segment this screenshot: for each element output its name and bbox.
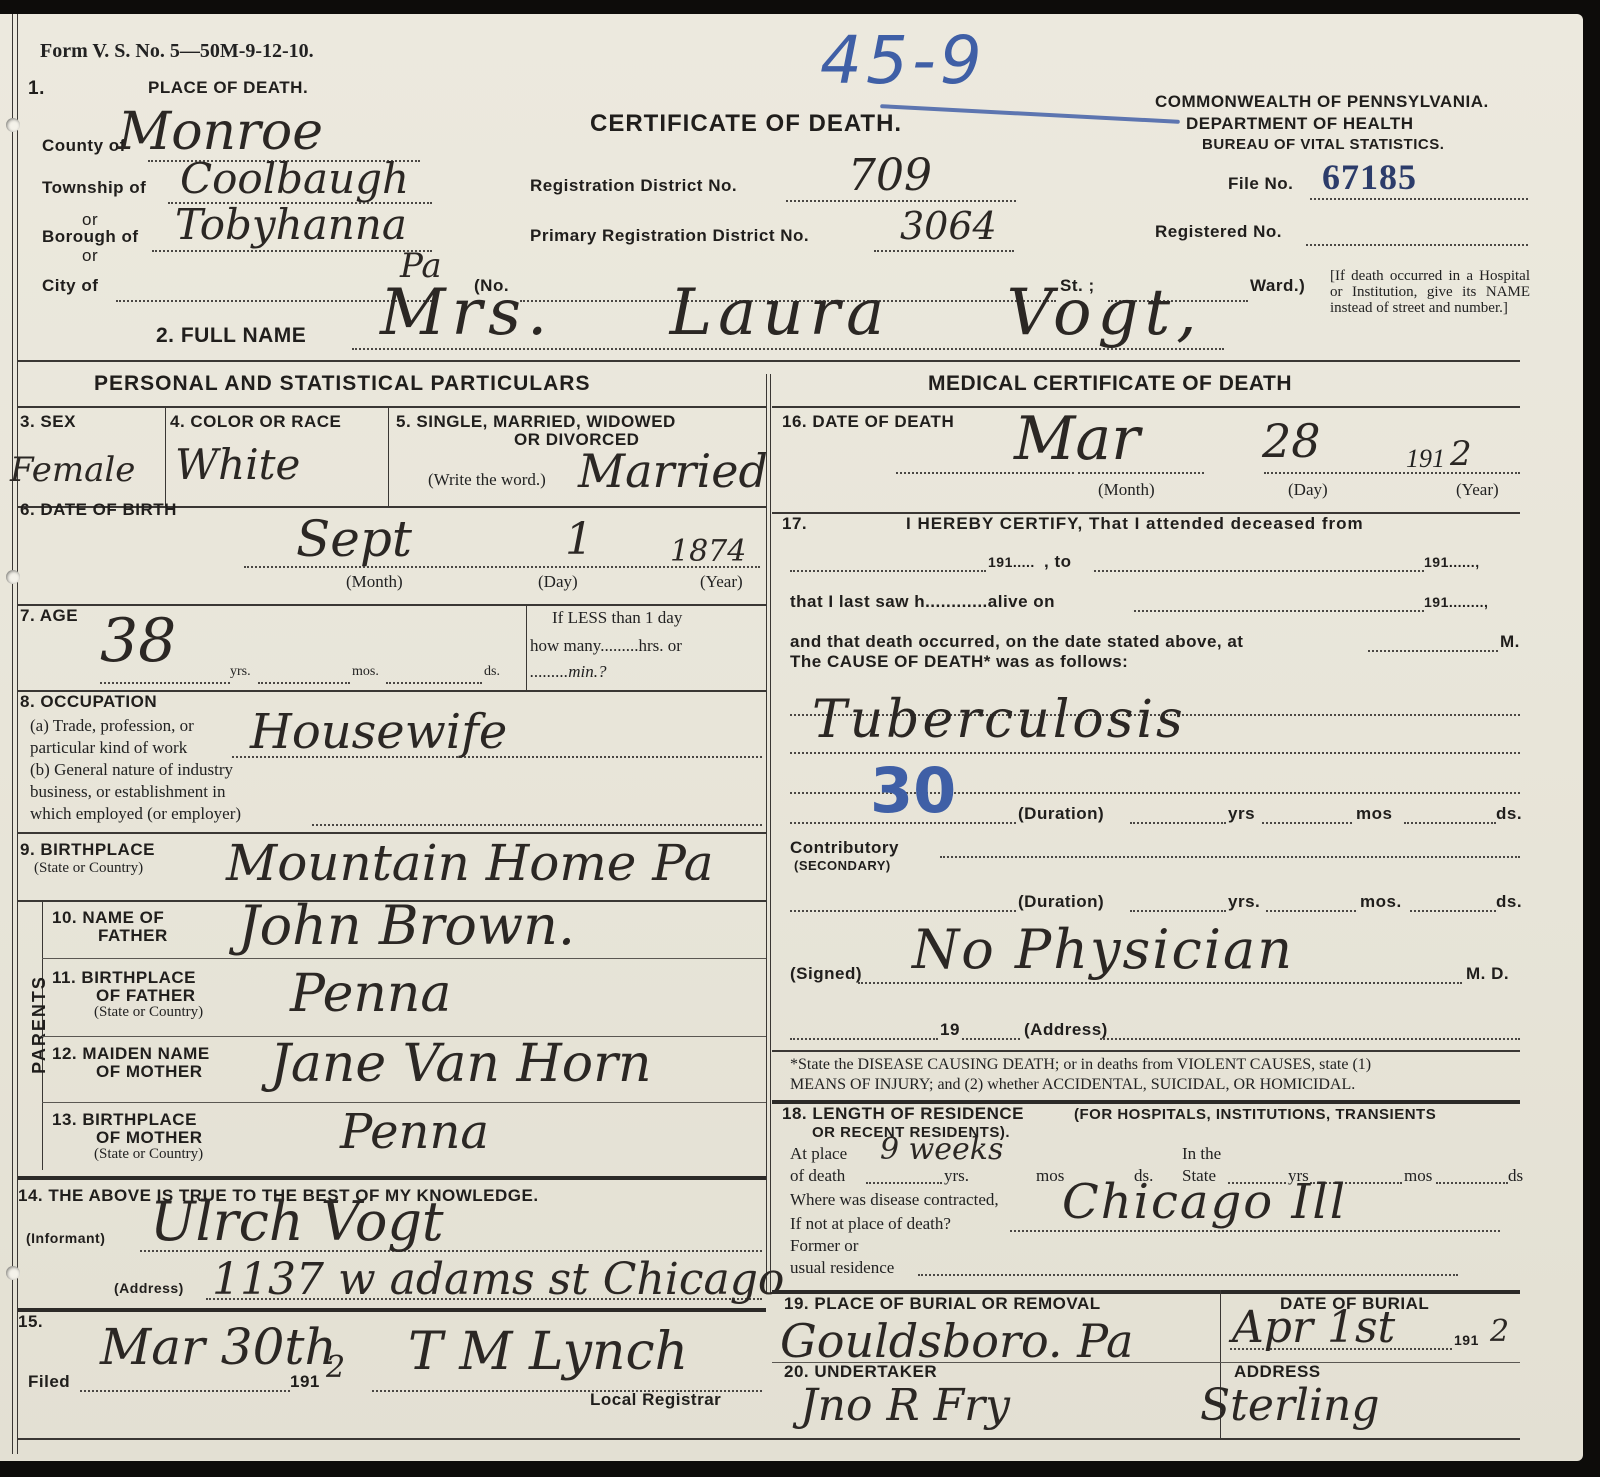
occupation-b-field[interactable] xyxy=(312,824,762,826)
physician-address-label: (Address) xyxy=(1024,1020,1108,1040)
dod-year-prefix: 191 xyxy=(1406,444,1445,474)
in-state-ds: ds xyxy=(1508,1166,1523,1186)
father-name-label-line2: FATHER xyxy=(98,926,168,946)
age-yrs-field[interactable] xyxy=(100,682,230,684)
mother-maiden-label-line2: OF MOTHER xyxy=(96,1062,203,1082)
township-label: Township of xyxy=(42,178,146,198)
attended-from-field[interactable] xyxy=(790,570,986,572)
full-name-label: 2. FULL NAME xyxy=(156,324,306,348)
age-ds-field[interactable] xyxy=(386,682,482,684)
at-place-mos: mos xyxy=(1036,1166,1064,1186)
signed-year-prefix: 19 xyxy=(940,1020,960,1040)
birthplace-sub: (State or Country) xyxy=(34,860,143,877)
where-contracted-value: Chicago Ill xyxy=(1062,1174,1347,1230)
city-label: City of xyxy=(42,276,98,296)
parents-side-label: PARENTS xyxy=(29,975,50,1074)
father-birthplace-label-line2: OF FATHER xyxy=(96,986,196,1006)
mother-maiden-label-line1: 12. MAIDEN NAME xyxy=(52,1044,210,1064)
duration2-mos-field[interactable] xyxy=(1266,910,1356,912)
file-no-label: File No. xyxy=(1228,174,1293,194)
blue-underline xyxy=(880,104,1180,124)
dob-year-caption: (Year) xyxy=(700,572,743,592)
death-occurred-label: and that death occurred, on the date sta… xyxy=(790,632,1243,652)
burial-place-label: 19. PLACE OF BURIAL OR REMOVAL xyxy=(784,1294,1101,1314)
full-name-value: Mrs. Laura Vogt, xyxy=(380,276,1203,350)
former-residence-line2: usual residence xyxy=(790,1258,894,1278)
at-place-yrs-field[interactable] xyxy=(866,1182,942,1184)
primary-registration-district-field[interactable] xyxy=(874,250,1014,252)
undertaker-value: Jno R Fry xyxy=(800,1380,1010,1431)
undertaker-address-value: Sterling xyxy=(1200,1380,1380,1431)
duration-yrs-field[interactable] xyxy=(1130,822,1226,824)
age-yrs-label: yrs. xyxy=(230,664,251,680)
center-divider-inner xyxy=(770,374,771,1294)
where-contracted-line2: If not at place of death? xyxy=(790,1214,951,1234)
at-place-line1: At place xyxy=(790,1144,847,1164)
physician-address-field[interactable] xyxy=(1100,1038,1520,1040)
at-place-value: 9 weeks xyxy=(880,1132,1003,1167)
filed-date: Mar 30th xyxy=(100,1318,337,1376)
cause-intro: The CAUSE OF DEATH* was as follows: xyxy=(790,652,1128,672)
undertaker-address-label: ADDRESS xyxy=(1234,1362,1321,1382)
filed-label: Filed xyxy=(28,1372,70,1392)
duration-mos-field[interactable] xyxy=(1262,822,1352,824)
agency-commonwealth: COMMONWEALTH OF PENNSYLVANIA. xyxy=(1155,92,1489,112)
certify-text: I HEREBY CERTIFY, That I attended deceas… xyxy=(906,514,1364,534)
birthplace-label: 9. BIRTHPLACE xyxy=(20,840,155,860)
duration-mos-label: mos xyxy=(1356,804,1392,824)
borough-label: Borough of xyxy=(42,227,139,247)
father-birthplace-label-line1: 11. BIRTHPLACE xyxy=(52,968,196,988)
birthplace-value: Mountain Home Pa xyxy=(226,834,714,892)
attended-to-year: 191......, xyxy=(1424,554,1480,570)
father-name-value: John Brown. xyxy=(238,894,575,957)
registration-district-value: 709 xyxy=(848,150,932,201)
attended-to-label: , to xyxy=(1044,552,1072,572)
father-birthplace-sub: (State or Country) xyxy=(94,1004,203,1021)
dod-day: 28 xyxy=(1262,414,1321,468)
mother-birthplace-label-line1: 13. BIRTHPLACE xyxy=(52,1110,197,1130)
duration2-yrs-field[interactable] xyxy=(1130,910,1226,912)
primary-registration-district-value: 3064 xyxy=(900,204,997,248)
at-place-line2: of death xyxy=(790,1166,845,1186)
duration-ds-field[interactable] xyxy=(1404,822,1496,824)
attended-to-field[interactable] xyxy=(1094,570,1424,572)
agency-bureau: BUREAU OF VITAL STATISTICS. xyxy=(1202,136,1444,153)
filed-field[interactable] xyxy=(80,1390,290,1392)
occupation-a-line2: particular kind of work xyxy=(30,738,187,758)
place-of-death-number: 1. xyxy=(28,78,45,100)
agency-department: DEPARTMENT OF HEALTH xyxy=(1186,114,1414,134)
form-number: Form V. S. No. 5—50M-9-12-10. xyxy=(40,40,314,63)
footnote-line2: MEANS OF INJURY; and (2) whether ACCIDEN… xyxy=(790,1076,1355,1094)
borough-field[interactable] xyxy=(152,250,432,252)
mother-birthplace-value: Penna xyxy=(340,1104,489,1160)
hospital-note: [If death occurred in a Hospital or Inst… xyxy=(1330,268,1530,316)
ward-label: Ward.) xyxy=(1250,276,1305,296)
less-than-day-line2: how many.........hrs. or xyxy=(530,636,682,656)
borough-value: Tobyhanna xyxy=(175,200,407,249)
age-value: 38 xyxy=(100,606,176,676)
occupation-a-line1: (a) Trade, profession, or xyxy=(30,716,194,736)
last-saw-label: that I last saw h............alive on xyxy=(790,592,1055,612)
dod-month: Mar xyxy=(1014,404,1140,474)
father-name-label-line1: 10. NAME OF xyxy=(52,908,164,928)
left-margin-rule-inner xyxy=(17,14,18,1454)
duration-ds-label: ds. xyxy=(1496,804,1522,824)
dob-year: 1874 xyxy=(670,534,746,569)
dob-month-caption: (Month) xyxy=(346,572,403,592)
punch-hole xyxy=(6,1266,20,1280)
duration2-ds-field[interactable] xyxy=(1410,910,1496,912)
dob-month: Sept xyxy=(296,510,412,568)
medical-section-title: MEDICAL CERTIFICATE OF DEATH xyxy=(928,372,1292,396)
section-divider xyxy=(18,360,1520,362)
dod-year-field[interactable] xyxy=(1264,472,1520,474)
informant-address-value: 1137 w adams st Chicago xyxy=(212,1254,784,1305)
age-mos-field[interactable] xyxy=(258,682,350,684)
informant-value: Ulrch Vogt xyxy=(150,1190,444,1253)
age-mos-label: mos. xyxy=(352,664,379,680)
file-no-stamp: 67185 xyxy=(1322,156,1417,198)
burial-place-value: Gouldsboro. Pa xyxy=(780,1314,1133,1368)
marital-label-line1: 5. SINGLE, MARRIED, WIDOWED xyxy=(396,412,676,432)
center-divider xyxy=(766,374,767,1294)
less-than-day-line1: If LESS than 1 day xyxy=(552,608,682,628)
duration-yrs-label: yrs xyxy=(1228,804,1255,824)
county-label: County of xyxy=(42,136,126,156)
filed-year-prefix: 191 xyxy=(290,1372,320,1392)
occupation-value: Housewife xyxy=(250,704,507,760)
age-ds-label: ds. xyxy=(484,664,500,680)
left-margin-rule xyxy=(12,14,13,1454)
burial-date-value: Apr 1st xyxy=(1232,1302,1395,1353)
signed-label: (Signed) xyxy=(790,964,862,984)
duration-label: (Duration) xyxy=(1018,804,1104,824)
undertaker-label: 20. UNDERTAKER xyxy=(784,1362,937,1382)
registered-no-label: Registered No. xyxy=(1155,222,1282,242)
informant-label: (Informant) xyxy=(26,1230,105,1246)
contributory-field[interactable] xyxy=(940,856,1520,858)
sex-value: Female xyxy=(10,450,135,490)
mother-birthplace-label-line2: OF MOTHER xyxy=(96,1128,203,1148)
marital-value: Married xyxy=(578,444,768,498)
duration2-yrs-label: yrs. xyxy=(1228,892,1260,912)
death-time-suffix: M. xyxy=(1500,632,1520,652)
at-place-yrs: yrs. xyxy=(944,1166,969,1186)
punch-hole xyxy=(6,570,20,584)
dob-day-caption: (Day) xyxy=(538,572,578,592)
occupation-label: 8. OCCUPATION xyxy=(20,692,157,712)
informant-address-label: (Address) xyxy=(114,1280,184,1296)
footnote-line1: *State the DISEASE CAUSING DEATH; or in … xyxy=(790,1056,1371,1074)
burial-year-prefix: 191 xyxy=(1454,1332,1479,1348)
dod-year-caption: (Year) xyxy=(1456,480,1499,500)
last-saw-year: 191........, xyxy=(1424,594,1488,610)
less-than-day-line3: .........min.? xyxy=(530,662,607,682)
blue-annotation: 45-9 xyxy=(820,22,986,99)
dob-day: 1 xyxy=(565,514,593,565)
race-value: White xyxy=(175,440,300,489)
former-residence-line1: Former or xyxy=(790,1236,858,1256)
primary-registration-district-label: Primary Registration District No. xyxy=(530,226,809,246)
registrar-label: Local Registrar xyxy=(590,1390,721,1410)
certify-number: 17. xyxy=(782,514,807,534)
or-separator: or xyxy=(82,246,98,266)
signed-value: No Physician xyxy=(912,918,1294,981)
signed-md-suffix: M. D. xyxy=(1466,964,1509,984)
registered-no-field[interactable] xyxy=(1306,244,1528,246)
dod-month-caption: (Month) xyxy=(1098,480,1155,500)
death-certificate-page: Form V. S. No. 5—50M-9-12-10. 1. PLACE O… xyxy=(0,14,1583,1461)
in-state-line1: In the xyxy=(1182,1144,1221,1164)
filed-number: 15. xyxy=(18,1312,43,1332)
secondary-label: (SECONDARY) xyxy=(794,858,891,873)
last-saw-field[interactable] xyxy=(1134,610,1424,612)
burial-year-suffix: 2 xyxy=(1490,1314,1509,1349)
mother-birthplace-sub: (State or Country) xyxy=(94,1146,203,1163)
cause-code-annotation: 30 xyxy=(870,754,956,827)
county-value: Monroe xyxy=(118,102,323,162)
residence-heading: 18. LENGTH OF RESIDENCE xyxy=(782,1104,1024,1124)
personal-section-title: PERSONAL AND STATISTICAL PARTICULARS xyxy=(94,372,590,396)
duration2-label: (Duration) xyxy=(1018,892,1104,912)
where-contracted-field[interactable] xyxy=(1010,1230,1500,1232)
occupation-b-line2: business, or establishment in xyxy=(30,782,225,802)
age-label: 7. AGE xyxy=(20,606,78,626)
place-of-death-heading: PLACE OF DEATH. xyxy=(148,78,308,98)
sex-label: 3. SEX xyxy=(20,412,76,432)
duration2-field[interactable] xyxy=(790,910,1016,912)
contributory-label: Contributory xyxy=(790,838,899,858)
marital-hint: (Write the word.) xyxy=(428,470,546,490)
dod-day-caption: (Day) xyxy=(1288,480,1328,500)
dob-label: 6. DATE OF BIRTH xyxy=(20,500,177,520)
former-residence-field[interactable] xyxy=(918,1274,1458,1276)
duration2-mos-label: mos. xyxy=(1360,892,1402,912)
filed-year-suffix: 2 xyxy=(326,1350,345,1385)
punch-hole xyxy=(6,118,20,132)
dod-year-suffix: 2 xyxy=(1450,434,1472,474)
certificate-title: CERTIFICATE OF DEATH. xyxy=(590,110,902,138)
where-contracted-line1: Where was disease contracted, xyxy=(790,1190,999,1210)
duration-field[interactable] xyxy=(790,822,1016,824)
signed-date-field[interactable] xyxy=(790,1038,938,1040)
dod-label: 16. DATE OF DEATH xyxy=(782,412,954,432)
father-birthplace-value: Penna xyxy=(290,964,451,1024)
cause-value: Tuberculosis xyxy=(812,690,1186,750)
occupation-b-line1: (b) General nature of industry xyxy=(30,760,233,780)
registrar-signature: T M Lynch xyxy=(408,1322,688,1382)
race-label: 4. COLOR OR RACE xyxy=(170,412,341,432)
in-state-ds-field[interactable] xyxy=(1436,1182,1508,1184)
signed-field[interactable] xyxy=(858,982,1462,984)
registration-district-label: Registration District No. xyxy=(530,176,737,196)
township-value: Coolbaugh xyxy=(180,154,409,203)
in-state-mos: mos xyxy=(1404,1166,1432,1186)
attended-from-year: 191..... xyxy=(988,554,1035,570)
duration2-ds-label: ds. xyxy=(1496,892,1522,912)
occupation-b-line3: which employed (or employer) xyxy=(30,804,241,824)
residence-note-line1: (FOR HOSPITALS, INSTITUTIONS, TRANSIENTS xyxy=(1074,1106,1436,1123)
death-time-field[interactable] xyxy=(1368,650,1498,652)
mother-maiden-value: Jane Van Horn xyxy=(270,1034,651,1094)
